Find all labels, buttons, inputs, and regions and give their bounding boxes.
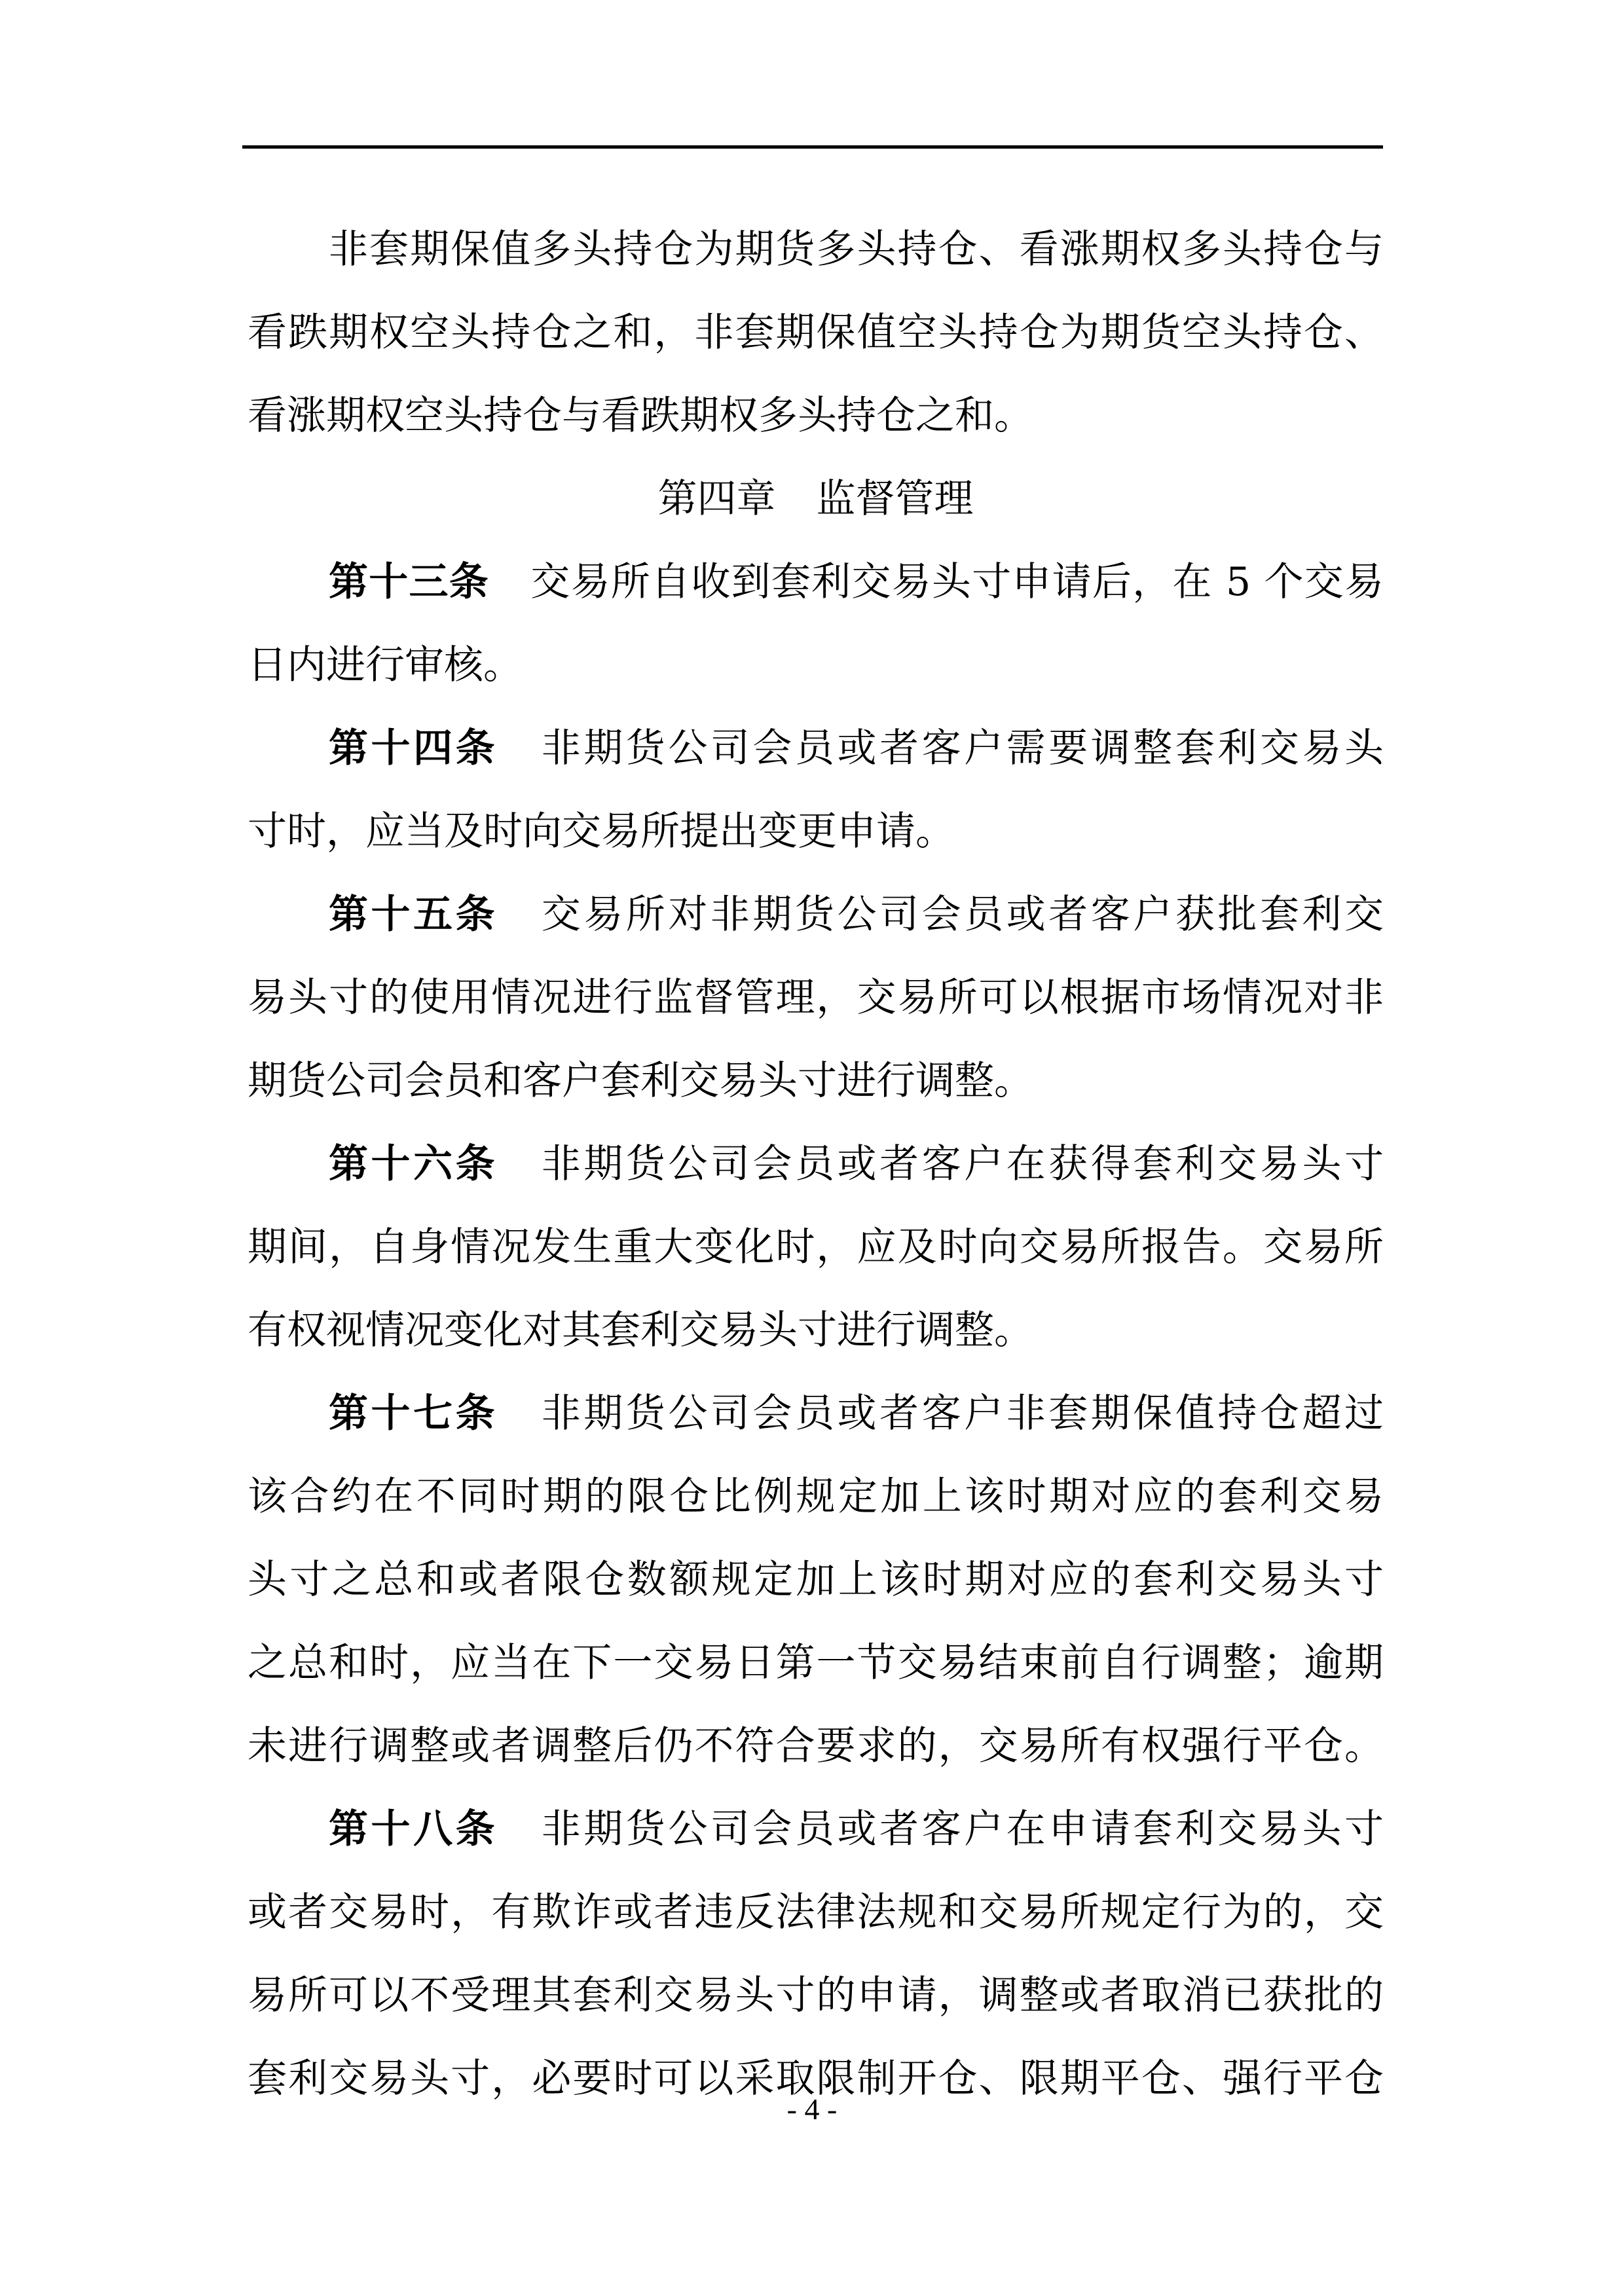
article-16: 第十六条非期货公司会员或者客户在获得套利交易头寸 期间，自身情况发生重大变化时，… — [248, 1123, 1384, 1372]
article-18: 第十八条非期货公司会员或者客户在申请套利交易头寸 或者交易时，有欺诈或者违反法律… — [248, 1788, 1384, 2121]
text-line: 之总和时，应当在下一交易日第一节交易结束前自行调整；逾期 — [248, 1622, 1384, 1705]
article-first-line: 第十三条交易所自收到套利交易头寸申请后，在 5 个交易 — [248, 541, 1384, 624]
article-label: 第十六条 — [329, 1141, 498, 1187]
chapter-number: 第四章 — [658, 476, 776, 522]
intro-paragraph: 非套期保值多头持仓为期货多头持仓、看涨期权多头持仓与 看跌期权空头持仓之和，非套… — [248, 208, 1384, 458]
text-line: 未进行调整或者调整后仍不符合要求的，交易所有权强行平仓。 — [248, 1705, 1384, 1788]
article-text: 非期货公司会员或者客户在获得套利交易头寸 — [538, 1141, 1384, 1187]
chapter-title: 监督管理 — [817, 476, 974, 522]
text-line: 该合约在不同时期的限仓比例规定加上该时期对应的套利交易 — [248, 1455, 1384, 1539]
text-line: 有权视情况变化对其套利交易头寸进行调整。 — [248, 1289, 1384, 1372]
text-line: 非套期保值多头持仓为期货多头持仓、看涨期权多头持仓与 — [248, 208, 1384, 291]
header-rule — [242, 145, 1383, 149]
text-line: 期货公司会员和客户套利交易头寸进行调整。 — [248, 1040, 1384, 1123]
page-number: - 4 - — [0, 2090, 1624, 2129]
text-line: 日内进行审核。 — [248, 624, 1384, 707]
text-line: 期间，自身情况发生重大变化时，应及时向交易所报告。交易所 — [248, 1206, 1384, 1289]
article-first-line: 第十七条非期货公司会员或者客户非套期保值持仓超过 — [248, 1372, 1384, 1455]
article-text: 交易所自收到套利交易头寸申请后，在 5 个交易 — [530, 559, 1384, 605]
document-body: 非套期保值多头持仓为期货多头持仓、看涨期权多头持仓与 看跌期权空头持仓之和，非套… — [248, 208, 1384, 2121]
article-label: 第十四条 — [329, 725, 498, 771]
text-line: 寸时，应当及时向交易所提出变更申请。 — [248, 790, 1384, 873]
article-text: 非期货公司会员或者客户非套期保值持仓超过 — [538, 1391, 1384, 1436]
article-label: 第十三条 — [329, 559, 489, 605]
text-line: 或者交易时，有欺诈或者违反法律法规和交易所规定行为的，交 — [248, 1871, 1384, 1954]
text-line: 易头寸的使用情况进行监督管理，交易所可以根据市场情况对非 — [248, 957, 1384, 1040]
article-first-line: 第十八条非期货公司会员或者客户在申请套利交易头寸 — [248, 1788, 1384, 1871]
text-line: 看涨期权空头持仓与看跌期权多头持仓之和。 — [248, 374, 1384, 458]
article-first-line: 第十五条交易所对非期货公司会员或者客户获批套利交 — [248, 873, 1384, 957]
article-label: 第十七条 — [329, 1391, 498, 1436]
article-17: 第十七条非期货公司会员或者客户非套期保值持仓超过 该合约在不同时期的限仓比例规定… — [248, 1372, 1384, 1788]
text-line: 看跌期权空头持仓之和，非套期保值空头持仓为期货空头持仓、 — [248, 291, 1384, 374]
text-line: 易所可以不受理其套利交易头寸的申请，调整或者取消已获批的 — [248, 1954, 1384, 2037]
article-text: 交易所对非期货公司会员或者客户获批套利交 — [538, 892, 1384, 938]
article-first-line: 第十六条非期货公司会员或者客户在获得套利交易头寸 — [248, 1123, 1384, 1206]
article-first-line: 第十四条非期货公司会员或者客户需要调整套利交易头 — [248, 707, 1384, 790]
article-15: 第十五条交易所对非期货公司会员或者客户获批套利交 易头寸的使用情况进行监督管理，… — [248, 873, 1384, 1123]
article-label: 第十八条 — [329, 1806, 498, 1852]
text-line: 头寸之总和或者限仓数额规定加上该时期对应的套利交易头寸 — [248, 1539, 1384, 1622]
article-13: 第十三条交易所自收到套利交易头寸申请后，在 5 个交易 日内进行审核。 — [248, 541, 1384, 707]
article-text: 非期货公司会员或者客户需要调整套利交易头 — [538, 725, 1384, 771]
chapter-heading: 第四章监督管理 — [248, 458, 1384, 541]
article-14: 第十四条非期货公司会员或者客户需要调整套利交易头 寸时，应当及时向交易所提出变更… — [248, 707, 1384, 873]
article-text: 非期货公司会员或者客户在申请套利交易头寸 — [538, 1806, 1384, 1852]
article-label: 第十五条 — [329, 892, 498, 938]
